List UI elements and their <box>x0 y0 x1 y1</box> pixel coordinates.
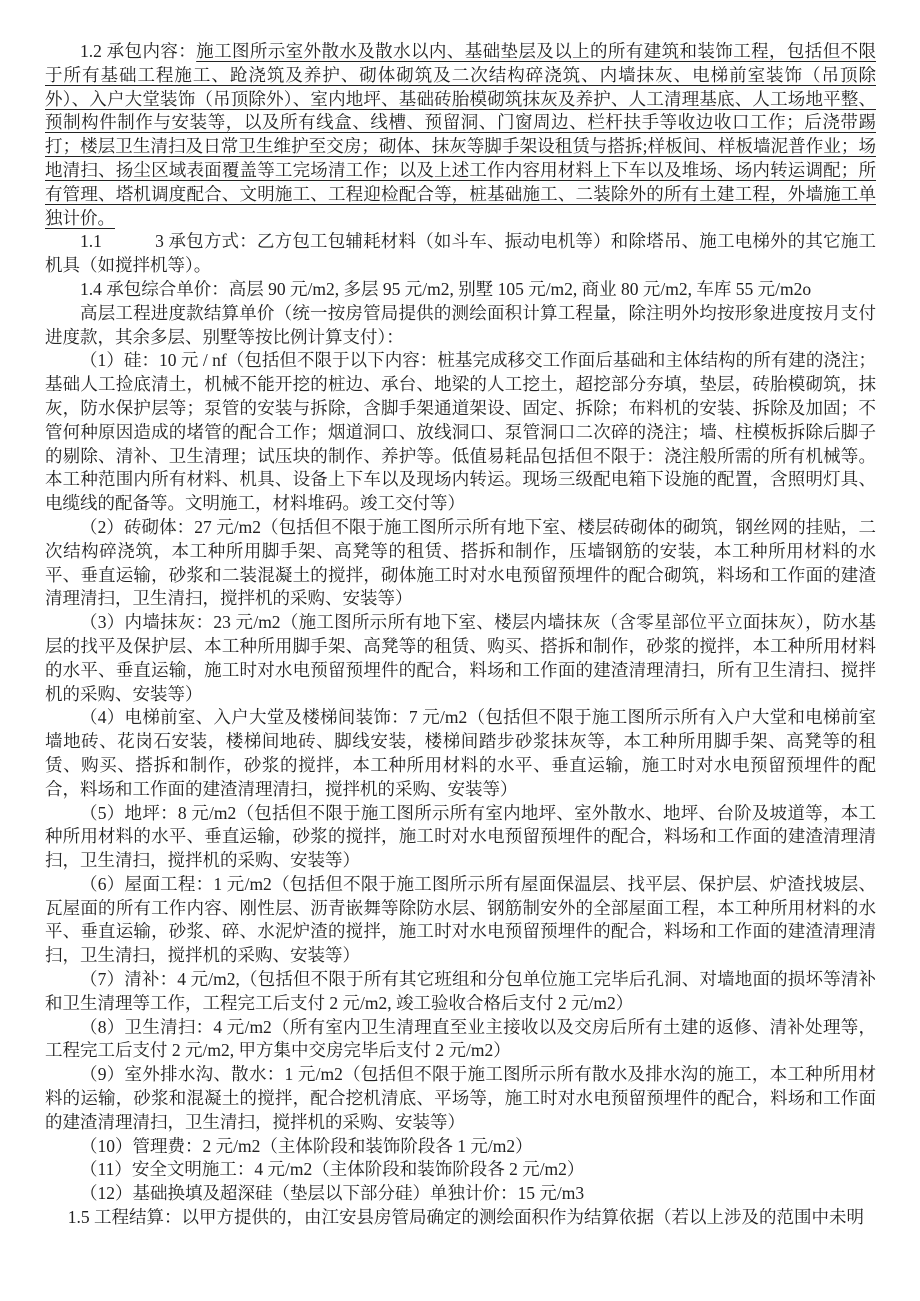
item-9-outdoor-drainage: （9）室外排水沟、散水：1 元/m2（包括但不限于施工图所示所有散水及排水沟的施… <box>45 1063 876 1134</box>
clause-1-2: 1.2 承包内容：施工图所示室外散水及散水以内、基础垫层及以上的所有建筑和装饰工… <box>45 40 876 230</box>
clause-1-1: 1.1 3 承包方式：乙方包工包辅耗材料（如斗车、振动电机等）和除塔吊、施工电梯… <box>45 230 876 278</box>
clause-1-4: 1.4 承包综合单价：高层 90 元/m2, 多层 95 元/m2, 别墅 10… <box>45 278 876 302</box>
item-12-foundation-backfill: （12）基础换填及超深硅（垫层以下部分硅）单独计价：15 元/m3 <box>45 1182 876 1206</box>
item-8-cleaning: （8）卫生清扫：4 元/m2（所有室内卫生清理直至业主接收以及交房后所有土建的返… <box>45 1016 876 1064</box>
item-6-roofing: （6）屋面工程：1 元/m2（包括但不限于施工图所示所有屋面保温层、找平层、保护… <box>45 873 876 968</box>
progress-price-note: 高层工程进度款结算单价（统一按房管局提供的测绘面积计算工程量，除注明外均按形象进… <box>45 302 876 350</box>
clause-1-2-label: 1.2 承包内容： <box>80 41 196 61</box>
item-5-floor: （5）地坪：8 元/m2（包括但不限于施工图所示所有室内地坪、室外散水、地坪、台… <box>45 802 876 873</box>
item-4-elevator-lobby-decoration: （4）电梯前室、入户大堂及楼梯间装饰：7 元/m2（包括但不限于施工图所示所有入… <box>45 706 876 801</box>
item-10-management-fee: （10）管理费：2 元/m2（主体阶段和装饰阶段各 1 元/m2） <box>45 1135 876 1159</box>
item-11-safety-civilized-construction: （11）安全文明施工：4 元/m2（主体阶段和装饰阶段各 2 元/m2） <box>45 1158 876 1182</box>
document-page: 1.2 承包内容：施工图所示室外散水及散水以内、基础垫层及以上的所有建筑和装饰工… <box>0 0 920 1301</box>
clause-1-5: 1.5 工程结算：以甲方提供的，由江安县房管局确定的测绘面积作为结算依据（若以上… <box>45 1206 876 1230</box>
item-3-interior-plaster: （3）内墙抹灰：23 元/m2（施工图所示所有地下室、楼层内墙抹灰（含零星部位平… <box>45 611 876 706</box>
clause-1-2-content: 施工图所示室外散水及散水以内、基础垫层及以上的所有建筑和装饰工程，包括但不限于所… <box>45 41 876 228</box>
item-1-concrete: （1）硅：10 元 / nf（包括但不限于以下内容：桩基完成移交工作面后基础和主… <box>45 349 876 516</box>
item-2-brick-masonry: （2）砖砌体：27 元/m2（包括但不限于施工图所示所有地下室、楼层砖砌体的砌筑… <box>45 516 876 611</box>
item-7-patching: （7）清补：4 元/m2,（包括但不限于所有其它班组和分包单位施工完毕后孔洞、对… <box>45 968 876 1016</box>
